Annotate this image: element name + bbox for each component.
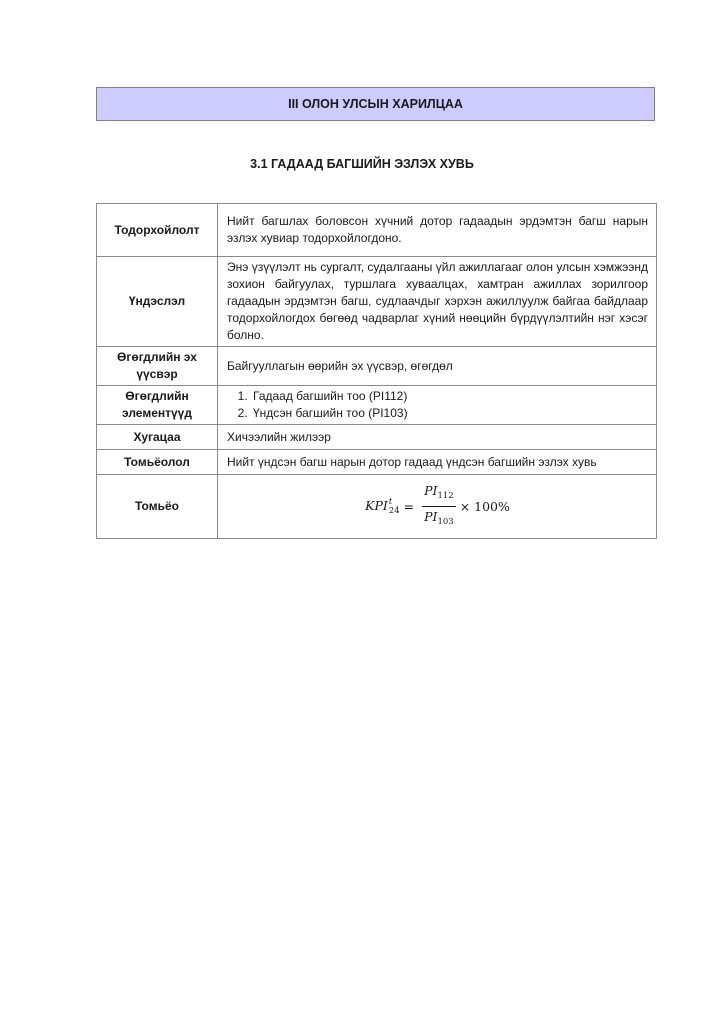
kpi-formula: KPIt24 = PI112 PI103 × 100% bbox=[227, 482, 648, 531]
numerator-base: PI bbox=[424, 483, 437, 498]
table-row-period: Хугацаа Хичээлийн жилээр bbox=[97, 425, 657, 450]
numerator-sub: 112 bbox=[437, 491, 453, 501]
row-label: Хугацаа bbox=[97, 425, 218, 450]
formula-numerator: PI112 bbox=[422, 482, 456, 507]
formula-lhs: KPIt24 bbox=[365, 497, 400, 516]
table-row-rationale: Үндэслэл Энэ үзүүлэлт нь сургалт, судалг… bbox=[97, 257, 657, 347]
denominator-sub: 103 bbox=[437, 517, 453, 527]
row-value: Хичээлийн жилээр bbox=[218, 425, 657, 450]
row-label: Томьёо bbox=[97, 475, 218, 539]
formula-lhs-sub: 24 bbox=[389, 507, 400, 516]
row-value: Байгууллагын өөрийн эх үүсвэр, өгөгдөл bbox=[218, 347, 657, 386]
formula-multiplier: × 100% bbox=[460, 498, 510, 515]
table-row-definition: Тодорхойлолт Нийт багшлах боловсон хүчни… bbox=[97, 204, 657, 257]
list-item: Гадаад багшийн тоо (PI112) bbox=[251, 388, 648, 405]
formula-equals: = bbox=[404, 498, 414, 515]
formula-lhs-indices: t24 bbox=[389, 498, 400, 516]
row-value: Энэ үзүүлэлт нь сургалт, судалгааны үйл … bbox=[218, 257, 657, 347]
table-row-data-source: Өгөгдлийн эх үүсвэр Байгууллагын өөрийн … bbox=[97, 347, 657, 386]
data-elements-list: Гадаад багшийн тоо (PI112) Үндсэн багший… bbox=[227, 388, 648, 422]
chapter-title: III ОЛОН УЛСЫН ХАРИЛЦАА bbox=[288, 97, 463, 111]
row-value: Нийт багшлах боловсон хүчний дотор гадаа… bbox=[218, 204, 657, 257]
table-row-formula: Томьёо KPIt24 = PI112 PI103 × 100% bbox=[97, 475, 657, 539]
denominator-base: PI bbox=[424, 509, 437, 524]
formula-fraction: PI112 PI103 bbox=[422, 482, 456, 531]
row-label: Өгөгдлийн элементүүд bbox=[97, 386, 218, 425]
chapter-heading: III ОЛОН УЛСЫН ХАРИЛЦАА bbox=[96, 87, 655, 121]
table-row-formulation: Томьёолол Нийт үндсэн багш нарын дотор г… bbox=[97, 450, 657, 475]
list-item: Үндсэн багшийн тоо (PI103) bbox=[251, 405, 648, 422]
formula-denominator: PI103 bbox=[422, 507, 456, 531]
row-value: KPIt24 = PI112 PI103 × 100% bbox=[218, 475, 657, 539]
row-label: Томьёолол bbox=[97, 450, 218, 475]
row-value: Гадаад багшийн тоо (PI112) Үндсэн багший… bbox=[218, 386, 657, 425]
formula-lhs-base: KPI bbox=[365, 498, 388, 513]
row-label: Үндэслэл bbox=[97, 257, 218, 347]
row-label: Тодорхойлолт bbox=[97, 204, 218, 257]
table-row-data-elements: Өгөгдлийн элементүүд Гадаад багшийн тоо … bbox=[97, 386, 657, 425]
kpi-definition-table: Тодорхойлолт Нийт багшлах боловсон хүчни… bbox=[96, 203, 657, 539]
section-title: 3.1 ГАДААД БАГШИЙН ЭЗЛЭХ ХУВЬ bbox=[0, 157, 724, 171]
row-value: Нийт үндсэн багш нарын дотор гадаад үндс… bbox=[218, 450, 657, 475]
row-label: Өгөгдлийн эх үүсвэр bbox=[97, 347, 218, 386]
